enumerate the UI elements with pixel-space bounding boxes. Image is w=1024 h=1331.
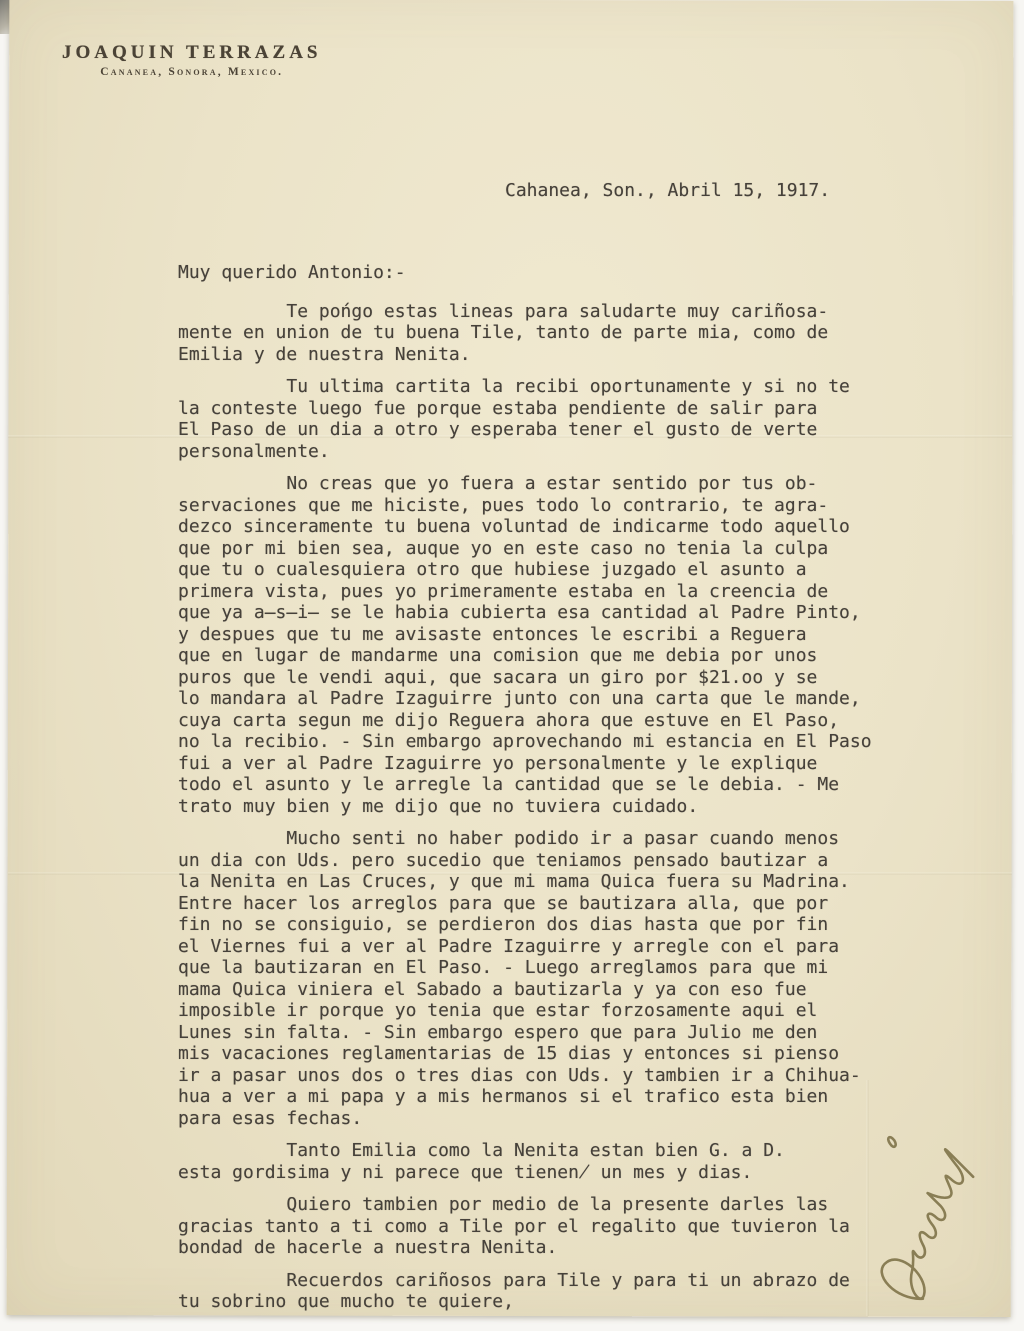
paragraph: Tanto Emilia como la Nenita estan bien G…: [178, 1140, 918, 1183]
letter-line: imposible ir porque yo tenia que estar f…: [178, 1000, 918, 1022]
letter-line: trato muy bien y me dijo que no tuviera …: [178, 796, 918, 818]
letter-line: para esas fechas.: [178, 1108, 918, 1130]
letter-line: dezco sinceramente tu buena voluntad de …: [178, 516, 918, 538]
letter-line: hua a ver a mi papa y a mis hermanos si …: [178, 1086, 918, 1108]
letter-line: mama Quica viniera el Sabado a bautizarl…: [178, 979, 918, 1001]
letter-line: el Viernes fui a ver al Padre Izaguirre …: [178, 936, 918, 958]
letter-line: mente en union de tu buena Tile, tanto d…: [178, 322, 918, 344]
letter-line: tu sobrino que mucho te quiere,: [178, 1291, 918, 1313]
signature-ink: [862, 1112, 1022, 1331]
letter-line: que por mi bien sea, auque yo en este ca…: [178, 538, 918, 560]
letter-line: fin no se consiguio, se perdieron dos di…: [178, 914, 918, 936]
letter-line: gracias tanto a ti como a Tile por el re…: [178, 1216, 918, 1238]
letter-line: todo el asunto y le arregle la cantidad …: [178, 774, 918, 796]
letterhead: JOAQUIN TERRAZAS Cananea, Sonora, Mexico…: [62, 42, 322, 78]
letter-line: un dia con Uds. pero sucedio que teniamo…: [178, 850, 918, 872]
letter-line: Emilia y de nuestra Nenita.: [178, 344, 918, 366]
paragraph: Te pońgo estas lineas para saludarte mu…: [178, 301, 918, 366]
letter-line: fui a ver al Padre Izaguirre yo personal…: [178, 753, 918, 775]
letter-line: y despues que tu me avisaste entonces le…: [178, 624, 918, 646]
letter-line: El Paso de un dia a otro y esperaba tene…: [178, 419, 918, 441]
letter-body: Muy querido Antonio:- Te pońgo estas li…: [178, 262, 918, 1324]
paragraph: Recuerdos cariñosos para Tile y para ti …: [178, 1270, 918, 1313]
letter-line: No creas que yo fuera a estar sentido po…: [178, 473, 918, 495]
letter-line: esta gordisima y ni parece que tienen̸ u…: [178, 1162, 918, 1184]
paragraph: Tu ultima cartita la recibi oportunament…: [178, 376, 918, 462]
letter-line: Tu ultima cartita la recibi oportunament…: [178, 376, 918, 398]
letter-line: no la recibio. - Sin embargo aprovechand…: [178, 731, 918, 753]
letter-line: que ya a̶s̶i̶ se le habia cubierta esa c…: [178, 602, 918, 624]
letter-line: puros que le vendi aqui, que sacara un g…: [178, 667, 918, 689]
letter-line: mis vacaciones reglamentarias de 15 dias…: [178, 1043, 918, 1065]
paragraph: Mucho senti no haber podido ir a pasar c…: [178, 828, 918, 1129]
letter-line: la conteste luego fue porque estaba pend…: [178, 398, 918, 420]
letter-line: Mucho senti no haber podido ir a pasar c…: [178, 828, 918, 850]
letter-line: servaciones que me hiciste, pues todo lo…: [178, 495, 918, 517]
paragraph: No creas que yo fuera a estar sentido po…: [178, 473, 918, 817]
letter-line: Recuerdos cariñosos para Tile y para ti …: [178, 1270, 918, 1292]
dateline: Cahanea, Son., Abril 15, 1917.: [505, 180, 830, 201]
handwritten-signature: [862, 1112, 1022, 1331]
paragraph: Quiero tambien por medio de la presente …: [178, 1194, 918, 1259]
salutation: Muy querido Antonio:-: [178, 262, 918, 284]
letter-line: cuya carta segun me dijo Reguera ahora q…: [178, 710, 918, 732]
letter-line: personalmente.: [178, 441, 918, 463]
letter-line: que tu o cualesquiera otro que hubiese j…: [178, 559, 918, 581]
letter-line: Entre hacer los arreglos para que se bau…: [178, 893, 918, 915]
letter-line: Quiero tambien por medio de la presente …: [178, 1194, 918, 1216]
letter-line: Te pońgo estas lineas para saludarte mu…: [178, 301, 918, 323]
letterhead-name: JOAQUIN TERRAZAS: [62, 42, 322, 64]
letter-line: que en lugar de mandarme una comision qu…: [178, 645, 918, 667]
letter-line: ir a pasar unos dos o tres dias con Uds.…: [178, 1065, 918, 1087]
letter-line: bondad de hacerle a nuestra Nenita.: [178, 1237, 918, 1259]
letter-line: Lunes sin falta. - Sin embargo espero qu…: [178, 1022, 918, 1044]
letter-line: que la bautizaran en El Paso. - Luego ar…: [178, 957, 918, 979]
letter-line: lo mandara al Padre Izaguirre junto con …: [178, 688, 918, 710]
letter-line: la Nenita en Las Cruces, y que mi mama Q…: [178, 871, 918, 893]
letter-line: Tanto Emilia como la Nenita estan bien G…: [178, 1140, 918, 1162]
letter-line: primera vista, pues yo primeramente esta…: [178, 581, 918, 603]
letterhead-location: Cananea, Sonora, Mexico.: [62, 66, 322, 78]
